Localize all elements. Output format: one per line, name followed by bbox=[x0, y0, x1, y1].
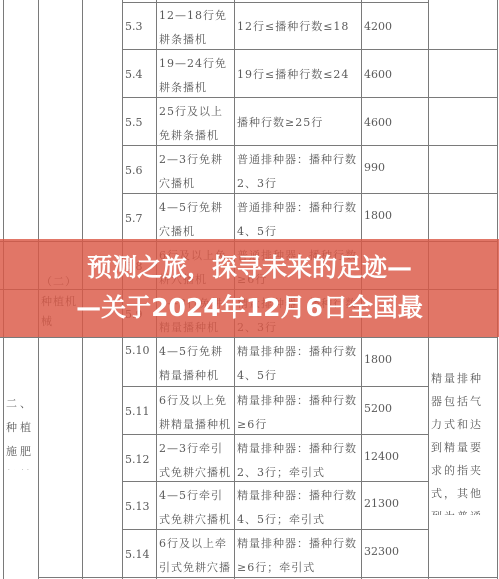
row-spec: 精量排种器：播种行数≥6行；牵引式 bbox=[235, 530, 361, 577]
row-price: 5200 bbox=[362, 387, 428, 434]
row-name: 4—5行免耕精量播种机 bbox=[157, 338, 234, 386]
grid-line bbox=[38, 577, 498, 578]
row-code: 5.11 bbox=[123, 387, 156, 434]
row-name: 4—5行免耕穴播机 bbox=[157, 194, 234, 241]
row-spec: 精量排种器：播种行数≥6行 bbox=[235, 387, 361, 434]
row-code: 5.12 bbox=[123, 435, 156, 481]
row-name: 25行及以上免耕条播机 bbox=[157, 98, 234, 145]
row-price: 4600 bbox=[362, 98, 428, 145]
row-spec: 精量排种器：播种行数4、5行 bbox=[235, 338, 361, 386]
row-name: 6行及以上免耕精量播种机 bbox=[157, 387, 234, 434]
row-price: 21300 bbox=[362, 482, 428, 529]
row-code: 5.4 bbox=[123, 50, 156, 97]
row-name: 6行及以上牵引式免耕穴播机 bbox=[157, 530, 234, 577]
row-code: 5.3 bbox=[123, 2, 156, 49]
row-price: 4600 bbox=[362, 50, 428, 97]
row-price: 12400 bbox=[362, 435, 428, 481]
row-spec: 播种行数≥25行 bbox=[235, 98, 361, 145]
row-code: 5.6 bbox=[123, 146, 156, 193]
row-price: 32300 bbox=[362, 530, 428, 577]
row-code: 5.13 bbox=[123, 482, 156, 529]
row-name: 19—24行免耕条播机 bbox=[157, 50, 234, 97]
row-code: 5.10 bbox=[123, 338, 156, 386]
row-name: 4—5行牵引式免耕穴播机 bbox=[157, 482, 234, 529]
row-price: 4200 bbox=[362, 2, 428, 49]
headline-line-1: 预测之旅，探寻未来的足迹— bbox=[87, 248, 412, 288]
notes-cell: 精量排种器包括气力式和达到精量要求的指夹式，其他列为普通型式。 bbox=[429, 365, 497, 515]
row-price: 990 bbox=[362, 146, 428, 193]
row-spec: 12行≤播种行数≤18行 bbox=[235, 2, 361, 49]
row-name: 2—3行免耕穴播机 bbox=[157, 146, 234, 193]
headline-line-2: —关于2024年12月6日全国最 bbox=[76, 288, 423, 328]
row-name: 12—18行免耕条播机 bbox=[157, 2, 234, 49]
row-code: 5.7 bbox=[123, 194, 156, 241]
category-label: 二、种植施肥机械 bbox=[4, 390, 38, 470]
row-code: 5.5 bbox=[123, 98, 156, 145]
row-spec: 普通排种器：播种行数4、5行 bbox=[235, 194, 361, 241]
row-price: 1800 bbox=[362, 194, 428, 241]
row-price: 1800 bbox=[362, 338, 428, 386]
row-spec: 精量排种器：播种行数2、3行；牵引式 bbox=[235, 435, 361, 481]
headline-banner: 预测之旅，探寻未来的足迹— —关于2024年12月6日全国最 bbox=[0, 239, 499, 337]
row-spec: 19行≤播种行数≤24行 bbox=[235, 50, 361, 97]
row-name: 2—3行牵引式免耕穴播机 bbox=[157, 435, 234, 481]
row-code: 5.14 bbox=[123, 530, 156, 577]
row-spec: 普通排种器：播种行数2、3行 bbox=[235, 146, 361, 193]
row-spec: 精量排种器：播种行数4、5行；牵引式 bbox=[235, 482, 361, 529]
